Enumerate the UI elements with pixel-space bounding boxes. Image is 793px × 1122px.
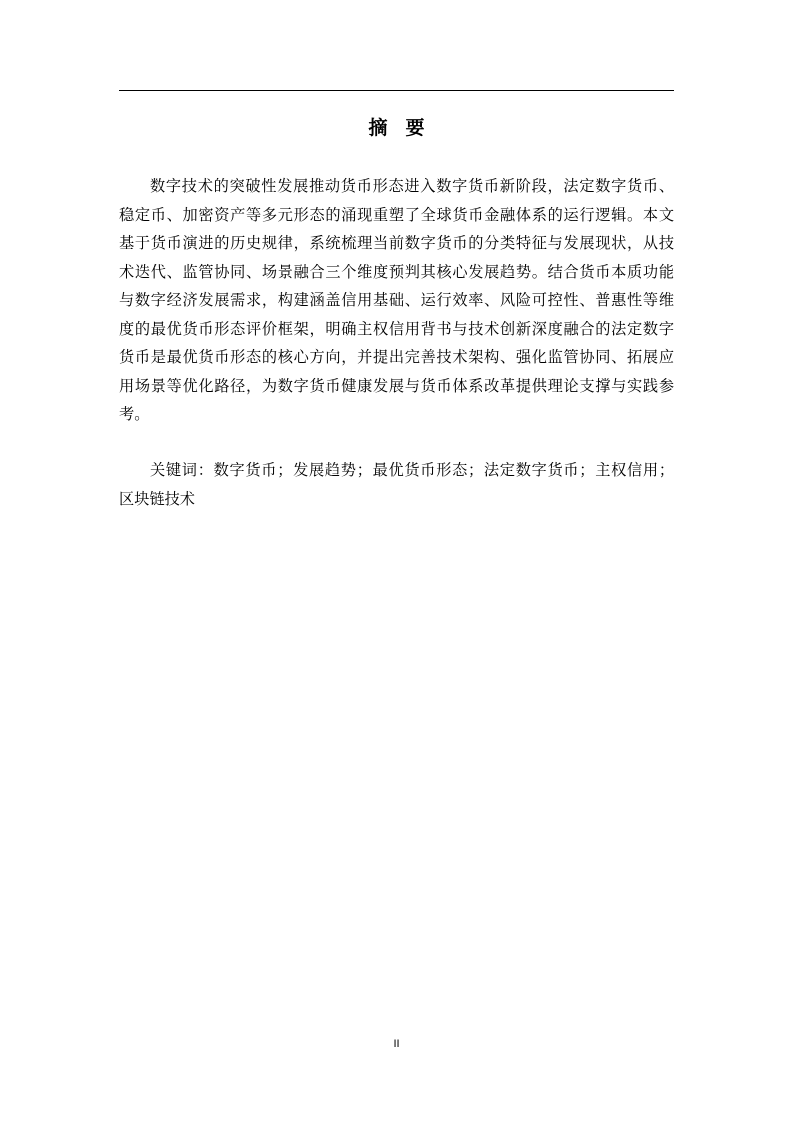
abstract-line: 基于货币演进的历史规律，系统梳理当前数字货币的分类特征与发展现状，从技 bbox=[119, 229, 674, 258]
abstract-line: 术迭代、监管协同、场景融合三个维度预判其核心发展趋势。结合货币本质功能 bbox=[119, 258, 674, 287]
abstract-line: 与数字经济发展需求，构建涵盖信用基础、运行效率、风险可控性、普惠性等维 bbox=[119, 286, 674, 315]
page-number: II bbox=[0, 1038, 793, 1050]
abstract-line: 数字技术的突破性发展推动货币形态进入数字货币新阶段，法定数字货币、 bbox=[119, 172, 674, 201]
keywords: 关键词：数字货币；发展趋势；最优货币形态；法定数字货币；主权信用； 区块链技术 bbox=[119, 456, 674, 513]
keywords-line: 关键词：数字货币；发展趋势；最优货币形态；法定数字货币；主权信用； bbox=[119, 456, 674, 485]
header-rule bbox=[119, 90, 674, 91]
keywords-line: 区块链技术 bbox=[119, 485, 674, 514]
title-char: 摘 bbox=[368, 113, 387, 140]
abstract-line: 用场景等优化路径，为数字货币健康发展与货币体系改革提供理论支撑与实践参 bbox=[119, 372, 674, 401]
abstract-line: 货币是最优货币形态的核心方向，并提出完善技术架构、强化监管协同、拓展应 bbox=[119, 343, 674, 372]
abstract-line: 考。 bbox=[119, 400, 674, 429]
abstract-line: 度的最优货币形态评价框架，明确主权信用背书与技术创新深度融合的法定数字 bbox=[119, 315, 674, 344]
abstract-line: 稳定币、加密资产等多元形态的涌现重塑了全球货币金融体系的运行逻辑。本文 bbox=[119, 201, 674, 230]
title-char: 要 bbox=[406, 113, 425, 140]
abstract-body: 数字技术的突破性发展推动货币形态进入数字货币新阶段，法定数字货币、 稳定币、加密… bbox=[119, 172, 674, 429]
abstract-title: 摘要 bbox=[119, 113, 674, 140]
